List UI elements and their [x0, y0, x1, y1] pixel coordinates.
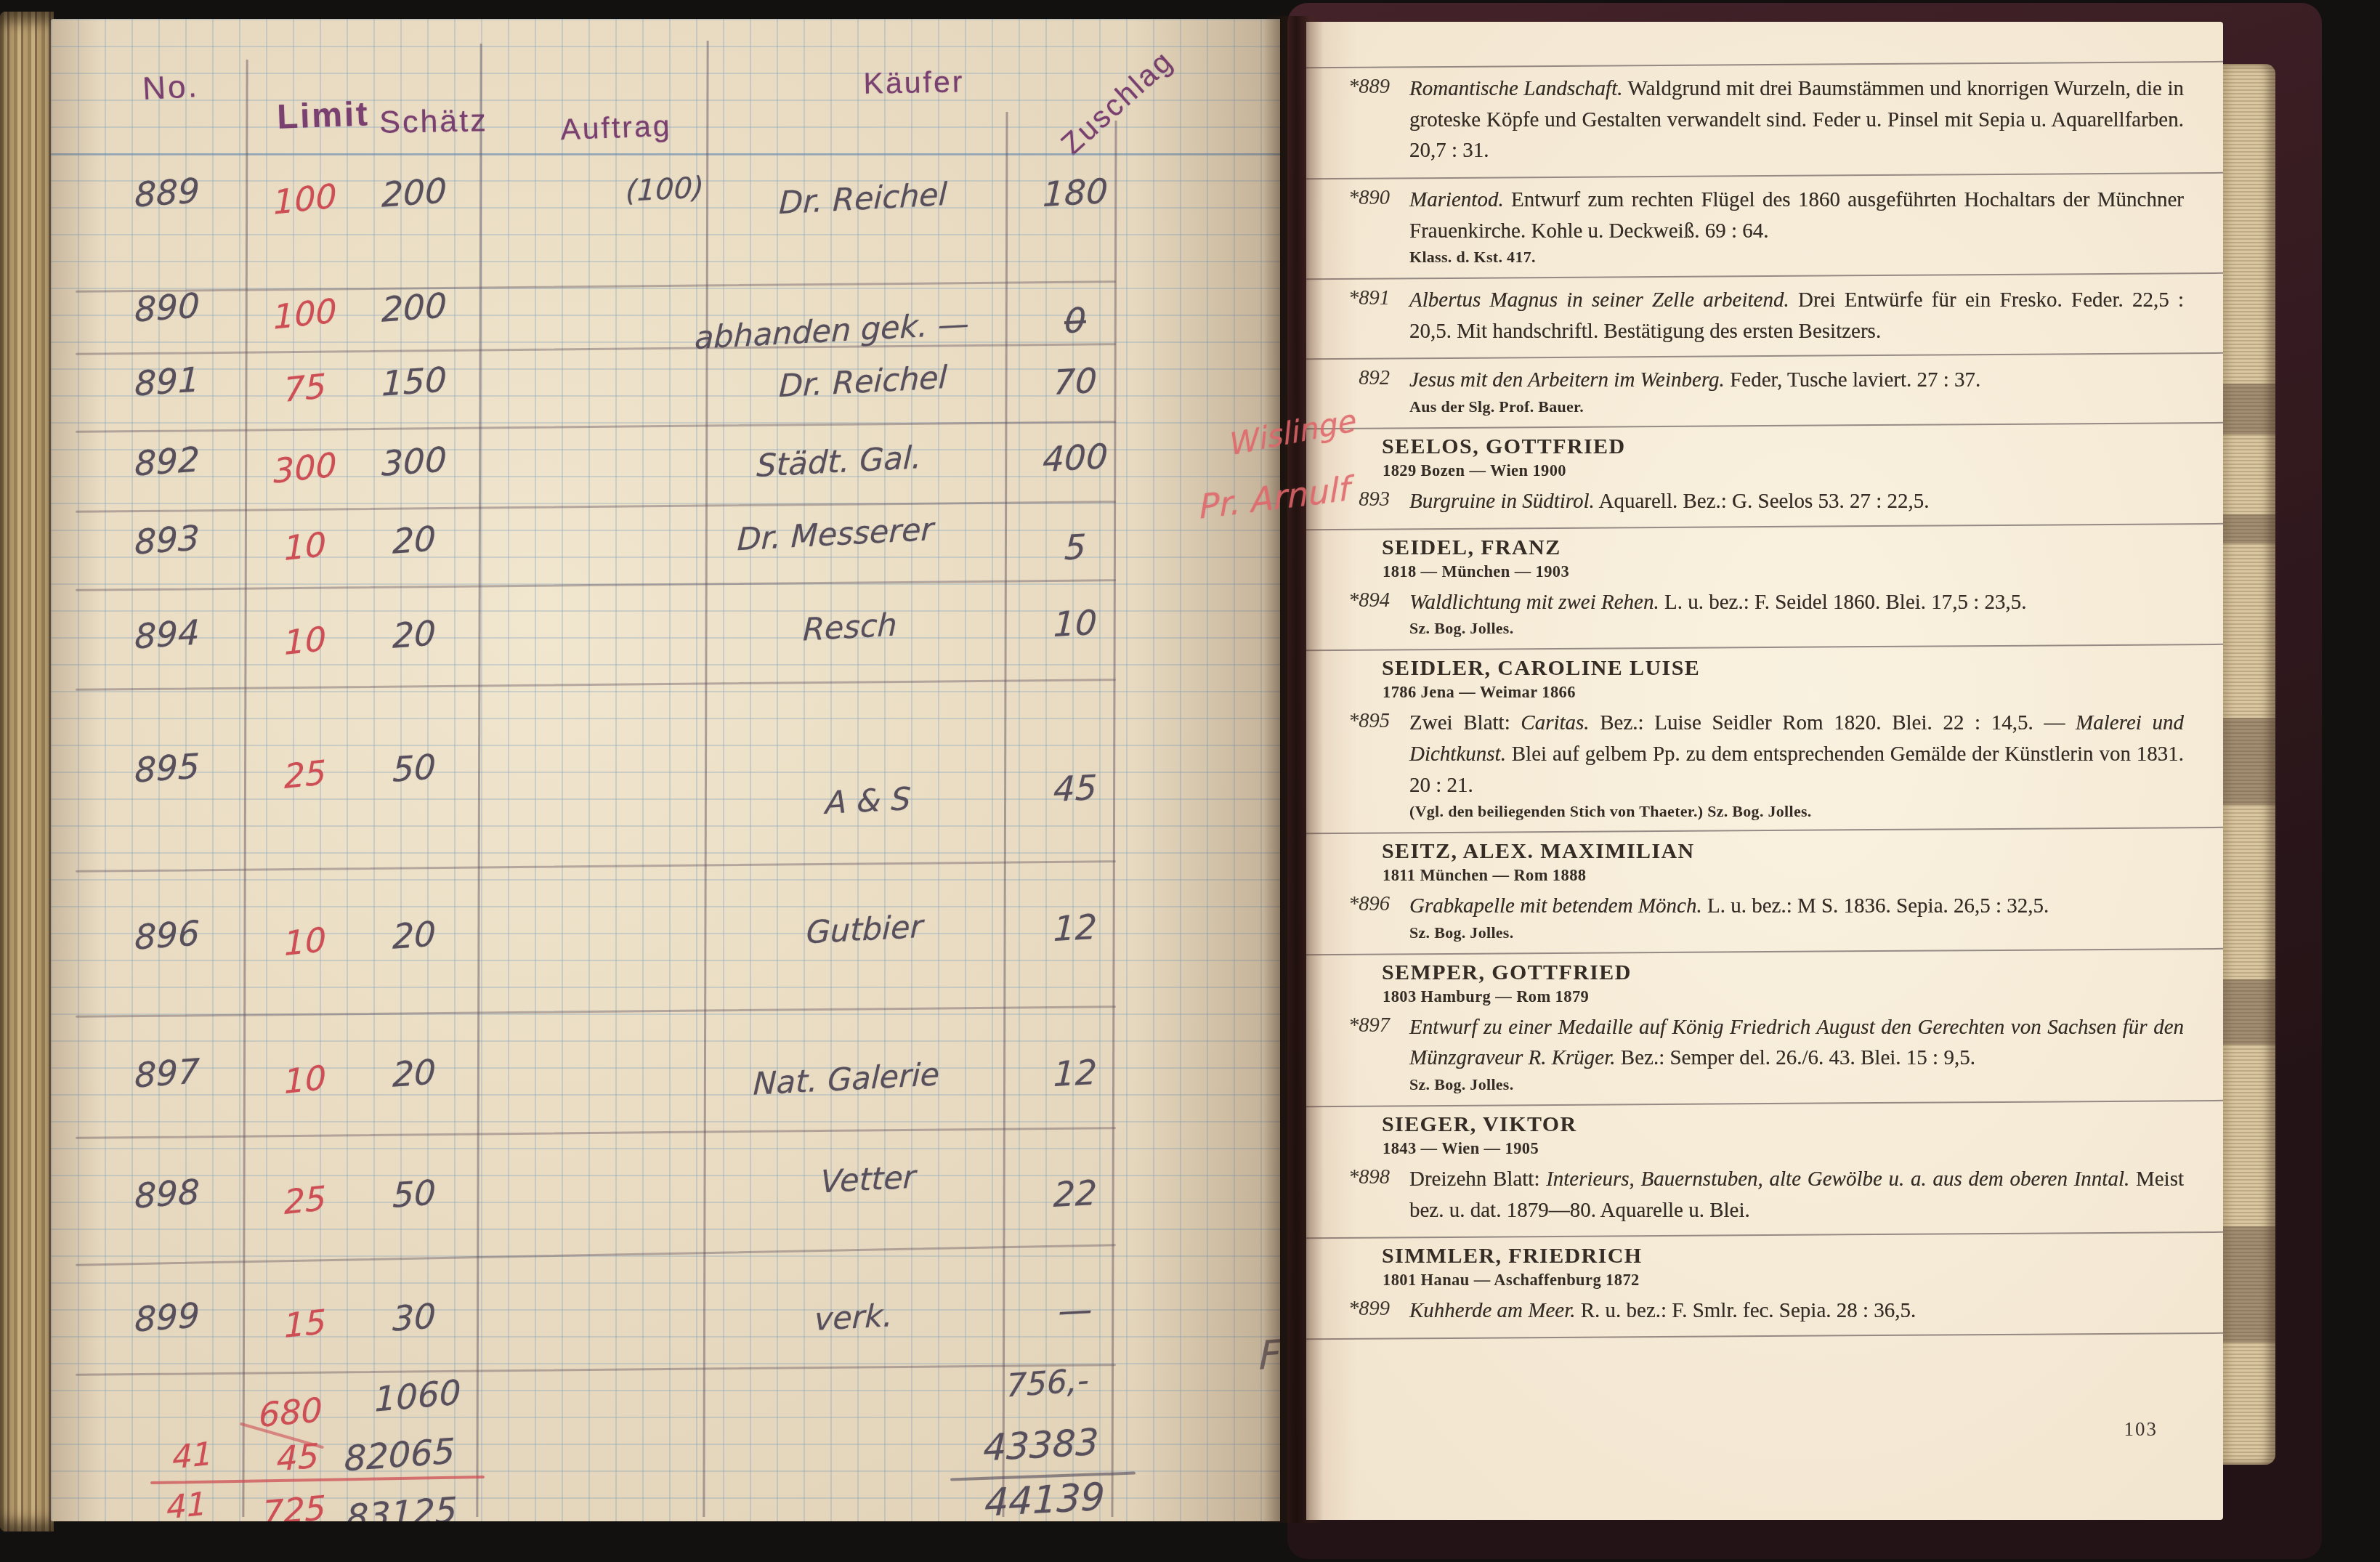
catalog-entries: *889Romantische Landschaft. Waldgrund mi… [1306, 22, 2223, 1345]
ledger-no-899: 899 [134, 1295, 200, 1340]
entry-separator [1306, 172, 2223, 180]
ledger-kaeufer-889: Dr. Reichel [778, 177, 947, 222]
catalog-entry: 893Burgruine in Südtirol. Aquarell. Bez.… [1306, 486, 2223, 517]
entry-text: Waldlichtung mit zwei Rehen. L. u. bez.:… [1409, 587, 2223, 618]
column-header-zuschlag: Zuschlag [1055, 44, 1181, 161]
entry-text-segment: Caritas. [1521, 711, 1589, 735]
row-rule [76, 1244, 1116, 1266]
page-edge-mark [2222, 718, 2275, 805]
column-header-limit: Limit [276, 93, 370, 136]
ledger-kaeufer-890: abhanden gek. — [694, 306, 969, 357]
ledger-schaetz-898: 50 [392, 1173, 437, 1215]
ledger-kaeufer-898: Vetter [820, 1159, 917, 1200]
entry-number: *889 [1306, 73, 1409, 166]
ledger-schaetz-892: 300 [381, 440, 447, 484]
entry-text-segment: Jesus mit den Arbeitern im Weinberg. [1409, 368, 1725, 392]
entry-number: *896 [1306, 891, 1409, 922]
artist-name: SIEGER, VIKTOR [1382, 1112, 2185, 1137]
column-rule [242, 60, 248, 1517]
row-rule [76, 860, 1116, 873]
ledger-limit-898: 25 [283, 1178, 326, 1222]
entry-separator [1306, 947, 2223, 955]
ledger-zuschlag-896: 12 [1053, 907, 1098, 950]
ledger-kaeufer-897: Nat. Galerie [753, 1056, 940, 1103]
entry-text-segment: Blei auf gelbem Pp. zu dem entsprechende… [1409, 742, 2184, 797]
entry-note: Aus der Slg. Prof. Bauer. [1409, 397, 2185, 416]
page-edges-right [2222, 64, 2275, 1465]
ledger-zuschlag-897: 12 [1053, 1053, 1098, 1095]
total-limit-3: 725 [262, 1488, 325, 1521]
ledger-zuschlag-899: — [1058, 1290, 1093, 1332]
entry-number: *899 [1306, 1295, 1409, 1327]
ledger-kaeufer-893: Dr. Messerer [737, 511, 934, 558]
ledger-kaeufer-896: Gutbier [806, 909, 923, 952]
artist-name: SEMPER, GOTTFRIED [1382, 960, 2185, 985]
ledger-kaeufer-892: Städt. Gal. [756, 440, 923, 485]
entry-text-segment: Waldlichtung mit zwei Rehen. [1409, 591, 1659, 614]
catalog-entry: *897Entwurf zu einer Medaille auf König … [1306, 1012, 2223, 1074]
artist-dates: 1811 München — Rom 1888 [1383, 866, 2185, 885]
catalog-entry: *899Kuhherde am Meer. R. u. bez.: F. Sml… [1306, 1295, 2223, 1327]
ledger-limit-899: 15 [283, 1302, 326, 1345]
entry-text-segment: Feder, Tusche laviert. 27 : 37. [1725, 368, 1980, 392]
page-number: 103 [2124, 1418, 2158, 1441]
artist-name: SEELOS, GOTTFRIED [1382, 434, 2185, 459]
ledger-schaetz-889: 200 [381, 171, 447, 215]
column-header-schtz: Schätz [379, 103, 488, 141]
entry-separator [1306, 422, 2223, 430]
total-count-1: 41 [172, 1435, 214, 1476]
ledger-limit-889: 100 [273, 176, 337, 222]
ledger-schaetz-897: 20 [392, 1052, 437, 1095]
column-rule [1111, 121, 1117, 1517]
book-scan: No.LimitSchätzAuftragKäuferZuschlag 8891… [0, 0, 2380, 1562]
ledger-schaetz-899: 30 [392, 1296, 437, 1339]
row-rule [76, 343, 1116, 355]
artist-dates: 1829 Bozen — Wien 1900 [1383, 461, 2185, 480]
entry-text: Romantische Landschaft. Waldgrund mit dr… [1409, 73, 2223, 166]
entry-note: Sz. Bog. Jolles. [1409, 923, 2185, 942]
total-count-2: 41 [166, 1485, 208, 1521]
page-edge-mark [2222, 1226, 2275, 1343]
ledger-schaetz-896: 20 [392, 914, 437, 957]
entry-text: Jesus mit den Arbeitern im Weinberg. Fed… [1409, 365, 2223, 396]
row-rule [76, 1364, 1116, 1376]
ledger-kaeufer-891: Dr. Reichel [778, 360, 947, 405]
entry-separator [1306, 1332, 2223, 1340]
entry-text-segment: L. u. bez.: M S. 1836. Sepia. 26,5 : 32,… [1702, 894, 2049, 918]
ledger-limit-894: 10 [283, 619, 326, 663]
ledger-no-893: 893 [134, 518, 200, 562]
page-edge-mark [2222, 514, 2275, 543]
ledger-limit-897: 10 [283, 1058, 326, 1101]
catalog-page: *889Romantische Landschaft. Waldgrund mi… [1306, 22, 2223, 1520]
ledger-page: No.LimitSchätzAuftragKäuferZuschlag 8891… [51, 19, 1280, 1521]
entry-text: Zwei Blatt: Caritas. Bez.: Luise Seidler… [1409, 708, 2223, 801]
entry-number: *897 [1306, 1012, 1409, 1074]
totals-red-underline [150, 1476, 485, 1484]
ledger-schaetz-894: 20 [392, 613, 437, 656]
total-schaetz-1: 1060 [374, 1372, 461, 1420]
entry-separator [1306, 644, 2223, 652]
ledger-zuschlag-894: 10 [1053, 603, 1098, 645]
column-header-no: No. [142, 68, 200, 108]
artist-dates: 1786 Jena — Weimar 1866 [1383, 683, 2185, 702]
artist-name: SEIDLER, CAROLINE LUISE [1382, 656, 2185, 681]
entry-number: *891 [1306, 285, 1409, 347]
artist-name: SIMMLER, FRIEDRICH [1382, 1244, 2185, 1268]
column-header-auftrag: Auftrag [560, 109, 673, 147]
entry-note: (Vgl. den beiliegenden Stich von Thaeter… [1409, 802, 2185, 821]
ledger-no-895: 895 [134, 746, 200, 790]
header-rule [51, 153, 1280, 155]
entry-text-segment: Dreizehn Blatt: [1409, 1168, 1546, 1191]
ledger-no-889: 889 [134, 171, 200, 215]
entry-text-segment: Kuhherde am Meer. [1409, 1299, 1575, 1322]
entry-text-segment: Burgruine in Südtirol. [1409, 490, 1595, 513]
entry-text: Grabkapelle mit betendem Mönch. L. u. be… [1409, 891, 2223, 922]
ledger-zuschlag-889: 180 [1042, 171, 1109, 215]
entry-note: Sz. Bog. Jolles. [1409, 1075, 2185, 1094]
entry-text: Kuhherde am Meer. R. u. bez.: F. Smlr. f… [1409, 1295, 2223, 1327]
ledger-kaeufer-895: A & S [825, 781, 911, 822]
entry-text: Burgruine in Südtirol. Aquarell. Bez.: G… [1409, 486, 2223, 517]
total-schaetz-3: 83125 [346, 1490, 457, 1521]
ledger-zuschlag-891: 70 [1053, 361, 1098, 403]
total-zuschlag-2: 43383 [983, 1421, 1100, 1470]
ledger-no-894: 894 [134, 612, 200, 657]
row-rule [76, 501, 1116, 513]
ledger-no-890: 890 [134, 286, 200, 330]
entry-text-segment: Entwurf zum rechten Flügel des 1860 ausg… [1409, 188, 2184, 243]
entry-number: *895 [1306, 708, 1409, 801]
row-rule [76, 579, 1116, 591]
entry-text-segment: Grabkapelle mit betendem Mönch. [1409, 894, 1702, 918]
artist-name: SEITZ, ALEX. MAXIMILIAN [1382, 839, 2185, 864]
entry-text-segment: Zwei Blatt: [1409, 711, 1521, 735]
catalog-entry: *896Grabkapelle mit betendem Mönch. L. u… [1306, 891, 2223, 922]
ledger-limit-893: 10 [283, 525, 326, 568]
catalog-entry: *891Albertus Magnus in seiner Zelle arbe… [1306, 285, 2223, 347]
entry-separator [1306, 522, 2223, 530]
ledger-schaetz-891: 150 [381, 360, 447, 404]
entry-text-segment: L. u. bez.: F. Seidel 1860. Blei. 17,5 :… [1659, 591, 2027, 614]
ledger-zuschlag-895: 45 [1053, 768, 1098, 810]
ledger-limit-890: 100 [273, 291, 337, 336]
ledger-auftrag-889: (100) [625, 171, 704, 209]
artist-name: SEIDEL, FRANZ [1382, 535, 2185, 560]
ledger-limit-895: 25 [283, 753, 326, 796]
entry-text-segment: R. u. bez.: F. Smlr. fec. Sepia. 28 : 36… [1575, 1299, 1916, 1322]
ledger-schaetz-895: 50 [392, 747, 437, 790]
entry-note: Klass. d. Kst. 417. [1409, 248, 2185, 267]
artist-dates: 1803 Hamburg — Rom 1879 [1383, 987, 2185, 1006]
entry-number: *898 [1306, 1164, 1409, 1226]
entry-text-segment: Albertus Magnus in seiner Zelle arbeiten… [1409, 288, 1789, 312]
row-rule [76, 421, 1116, 433]
ledger-no-891: 891 [134, 360, 200, 404]
ledger-zuschlag-892: 400 [1042, 437, 1109, 480]
entry-text-segment: Marientod. [1409, 188, 1504, 211]
ledger-schaetz-890: 200 [381, 286, 447, 330]
ledger-limit-896: 10 [283, 920, 326, 963]
column-header-kufer: Käufer [863, 65, 965, 100]
ledger-no-892: 892 [134, 440, 200, 484]
ledger-schaetz-893: 20 [392, 519, 437, 562]
entry-number: *894 [1306, 587, 1409, 618]
entry-text-segment: Aquarell. Bez.: G. Seelos 53. 27 : 22,5. [1595, 490, 1930, 513]
entry-separator [1306, 352, 2223, 360]
ledger-limit-892: 300 [273, 445, 337, 490]
entry-number: 892 [1306, 365, 1409, 396]
total-limit-1: 680 [259, 1390, 322, 1435]
catalog-entry: *895Zwei Blatt: Caritas. Bez.: Luise Sei… [1306, 708, 2223, 801]
ledger-zuschlag-890: 0 [1064, 301, 1087, 342]
ledger-no-896: 896 [134, 913, 200, 958]
entry-note: Sz. Bog. Jolles. [1409, 619, 2185, 638]
ledger-zuschlag-893: 5 [1064, 527, 1087, 569]
column-rule [476, 44, 482, 1517]
entry-separator [1306, 1100, 2223, 1108]
row-rule [76, 1127, 1116, 1139]
artist-dates: 1801 Hanau — Aschaffenburg 1872 [1383, 1271, 2185, 1290]
entry-separator [1306, 1231, 2223, 1239]
catalog-entry: *898Dreizehn Blatt: Interieurs, Bauernst… [1306, 1164, 2223, 1226]
entry-text: Marientod. Entwurf zum rechten Flügel de… [1409, 185, 2223, 246]
entry-separator [1306, 827, 2223, 835]
row-rule [76, 1005, 1116, 1018]
ledger-no-898: 898 [134, 1172, 200, 1216]
entry-text-segment: Bez.: Semper del. 26./6. 43. Blei. 15 : … [1616, 1046, 1975, 1069]
ledger-zuschlag-898: 22 [1053, 1173, 1098, 1215]
column-rule [703, 41, 708, 1517]
total-schaetz-2: 82065 [344, 1431, 455, 1480]
page-edge-mark [2222, 384, 2275, 434]
entry-separator [1306, 272, 2223, 280]
entry-text-segment: Romantische Landschaft. [1409, 77, 1622, 100]
ledger-limit-891: 75 [283, 366, 326, 410]
entry-text: Dreizehn Blatt: Interieurs, Bauernstuben… [1409, 1164, 2223, 1226]
margin-note-fa: Fa [1258, 1330, 1280, 1379]
total-zuschlag-3: 44139 [984, 1476, 1105, 1521]
catalog-entry: *889Romantische Landschaft. Waldgrund mi… [1306, 73, 2223, 166]
entry-text: Albertus Magnus in seiner Zelle arbeiten… [1409, 285, 2223, 347]
page-edges-left [0, 12, 54, 1531]
catalog-entry: *894Waldlichtung mit zwei Rehen. L. u. b… [1306, 587, 2223, 618]
entry-text-segment: Bez.: Luise Seidler Rom 1820. Blei. 22 :… [1590, 711, 2076, 735]
column-rule [1002, 112, 1008, 1517]
ledger-kaeufer-894: Resch [802, 607, 897, 649]
ledger-kaeufer-899: verk. [814, 1298, 894, 1338]
row-rule [76, 280, 1116, 293]
row-rule [76, 679, 1116, 691]
entry-number: *890 [1306, 185, 1409, 246]
entry-text: Entwurf zu einer Medaille auf König Frie… [1409, 1012, 2223, 1074]
total-zuschlag-1: 756,- [1006, 1361, 1089, 1404]
catalog-entry: *890Marientod. Entwurf zum rechten Flüge… [1306, 185, 2223, 246]
entry-separator [1306, 61, 2223, 69]
ledger-no-897: 897 [134, 1051, 200, 1096]
catalog-entry: 892Jesus mit den Arbeitern im Weinberg. … [1306, 365, 2223, 396]
entry-text-segment: Interieurs, Bauernstuben, alte Gewölbe u… [1546, 1168, 2129, 1191]
page-edge-mark [2222, 979, 2275, 1045]
artist-dates: 1843 — Wien — 1905 [1383, 1139, 2185, 1158]
artist-dates: 1818 — München — 1903 [1383, 562, 2185, 581]
